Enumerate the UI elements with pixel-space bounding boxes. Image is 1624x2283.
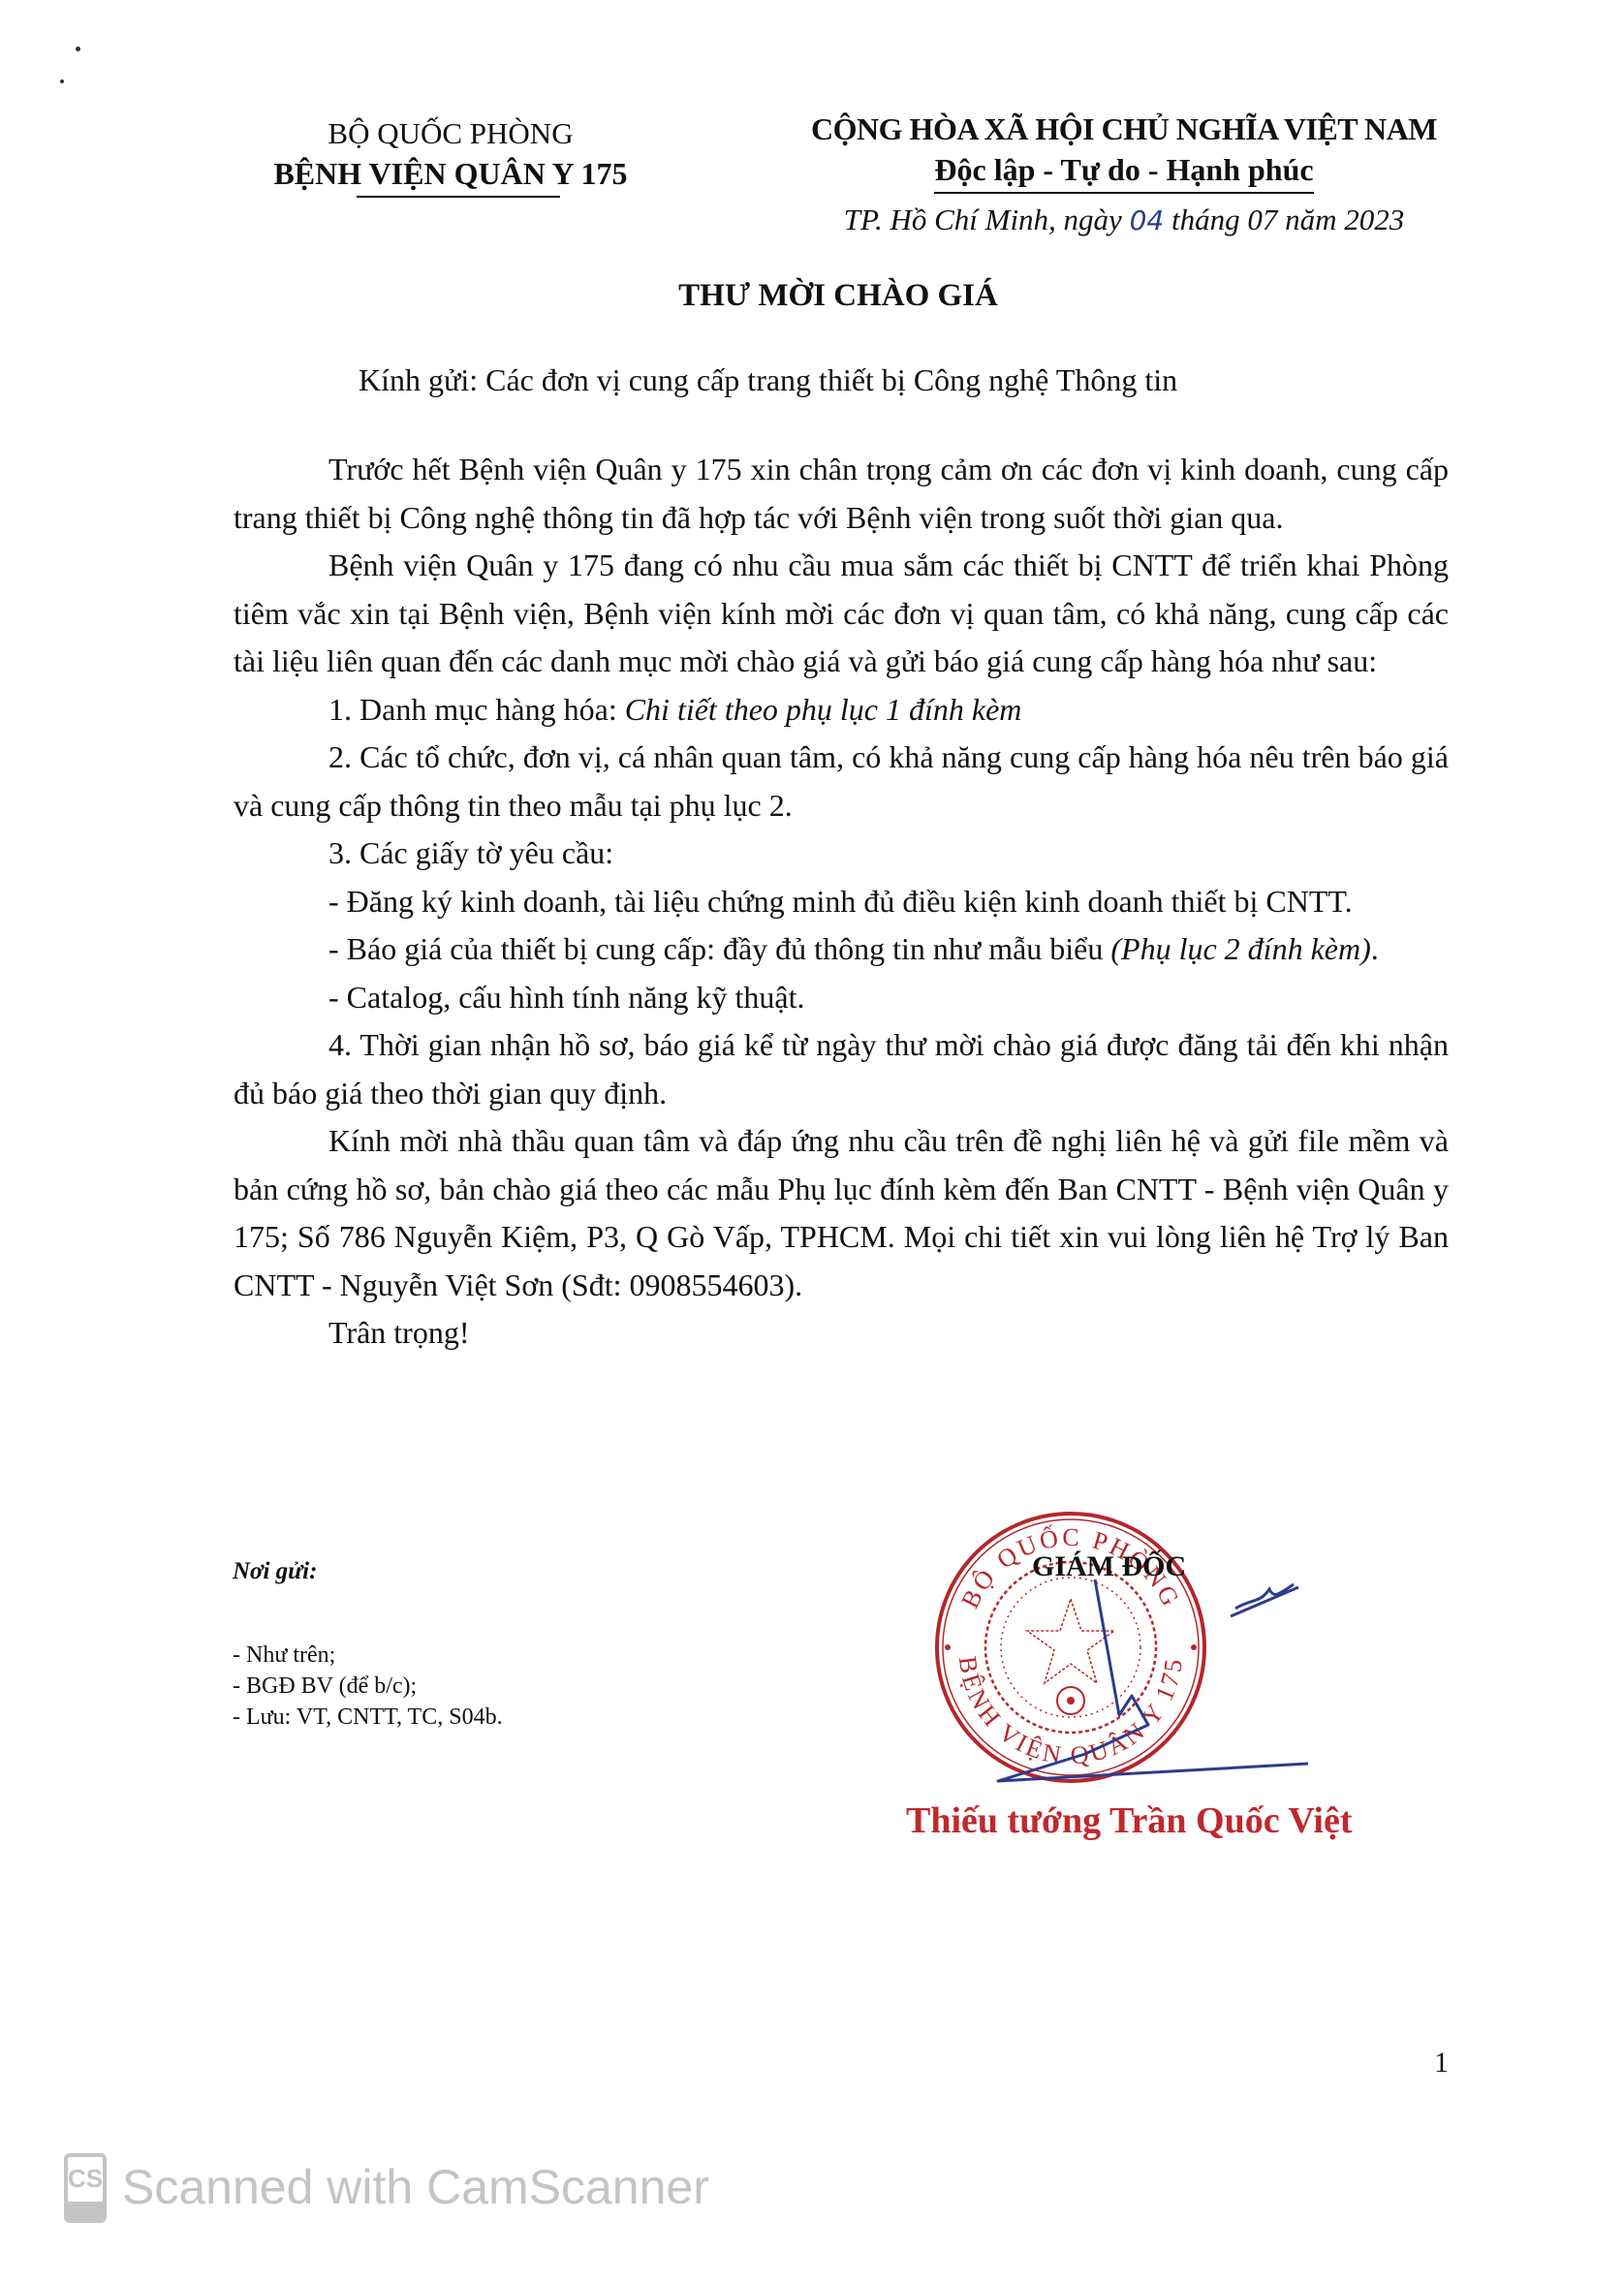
closing: Trân trọng! — [234, 1309, 1449, 1358]
handwritten-signature-icon — [959, 1531, 1347, 1802]
document-date: TP. Hồ Chí Minh, ngày 04 tháng 07 năm 20… — [765, 196, 1483, 245]
item1-text: 1. Danh mục hàng hóa: — [328, 692, 625, 727]
recipient-item: - Lưu: VT, CNTT, TC, S04b. — [233, 1702, 503, 1733]
item1-italic: Chi tiết theo phụ lục 1 đính kèm — [625, 692, 1022, 727]
nation-name: CỘNG HÒA XÃ HỘI CHỦ NGHĨA VIỆT NAM — [765, 109, 1483, 149]
list-item-3b: - Báo giá của thiết bị cung cấp: đầy đủ … — [234, 925, 1449, 974]
date-suffix: tháng 07 năm 2023 — [1171, 203, 1404, 236]
list-item-4: 4. Thời gian nhận hồ sơ, báo giá kể từ n… — [234, 1021, 1449, 1117]
item3b-suffix: . — [1371, 931, 1379, 966]
issuer-header: BỘ QUỐC PHÒNG BỆNH VIỆN QUÂN Y 175 — [223, 114, 678, 198]
list-item-3c: - Catalog, cấu hình tính năng kỹ thuật. — [234, 974, 1449, 1022]
recipient-line: Kính gửi: Các đơn vị cung cấp trang thiế… — [359, 360, 1177, 399]
recipients-list: - Như trên; - BGĐ BV (để b/c); - Lưu: VT… — [233, 1640, 503, 1733]
camscanner-badge-text: CS — [68, 2157, 103, 2200]
scan-speck — [60, 79, 64, 83]
list-item-1: 1. Danh mục hàng hóa: Chi tiết theo phụ … — [234, 686, 1449, 735]
item3b-italic: (Phụ lục 2 đính kèm) — [1110, 931, 1370, 966]
signatory-name: Thiếu tướng Trần Quốc Việt — [906, 1799, 1353, 1842]
document-body: Trước hết Bệnh viện Quân y 175 xin chân … — [234, 446, 1449, 1358]
hospital-name: BỆNH VIỆN QUÂN Y 175 — [223, 153, 678, 194]
national-motto: Độc lập - Tự do - Hạnh phúc — [934, 149, 1313, 194]
document-title: THƯ MỜI CHÀO GIÁ — [0, 278, 1624, 314]
item3b-text: - Báo giá của thiết bị cung cấp: đầy đủ … — [328, 931, 1110, 966]
list-item-2: 2. Các tổ chức, đơn vị, cá nhân quan tâm… — [234, 734, 1449, 829]
camscanner-watermark: Scanned with CamScanner — [122, 2153, 709, 2221]
header-underline — [357, 196, 560, 198]
recipient-item: - Như trên; — [233, 1640, 503, 1671]
paragraph-contact: Kính mời nhà thầu quan tâm và đáp ứng nh… — [234, 1117, 1449, 1309]
camscanner-logo-icon: CS — [64, 2153, 107, 2223]
recipient-item: - BGĐ BV (để b/c); — [233, 1671, 503, 1702]
paragraph-request: Bệnh viện Quân y 175 đang có nhu cầu mua… — [234, 542, 1449, 686]
scan-speck — [76, 47, 80, 51]
camscanner-logo-bar — [68, 2202, 103, 2219]
paragraph-intro: Trước hết Bệnh viện Quân y 175 xin chân … — [234, 446, 1449, 542]
recipients-label: Nơi gửi: — [233, 1558, 317, 1585]
list-item-3: 3. Các giấy tờ yêu cầu: — [234, 829, 1449, 878]
list-item-3a: - Đăng ký kinh doanh, tài liệu chứng min… — [234, 878, 1449, 926]
national-header: CỘNG HÒA XÃ HỘI CHỦ NGHĨA VIỆT NAM Độc l… — [765, 109, 1483, 245]
date-prefix: TP. Hồ Chí Minh, ngày — [844, 203, 1122, 236]
date-day-handwritten: 04 — [1130, 204, 1165, 236]
page-number: 1 — [1434, 2047, 1449, 2080]
ministry-name: BỘ QUỐC PHÒNG — [223, 114, 678, 153]
